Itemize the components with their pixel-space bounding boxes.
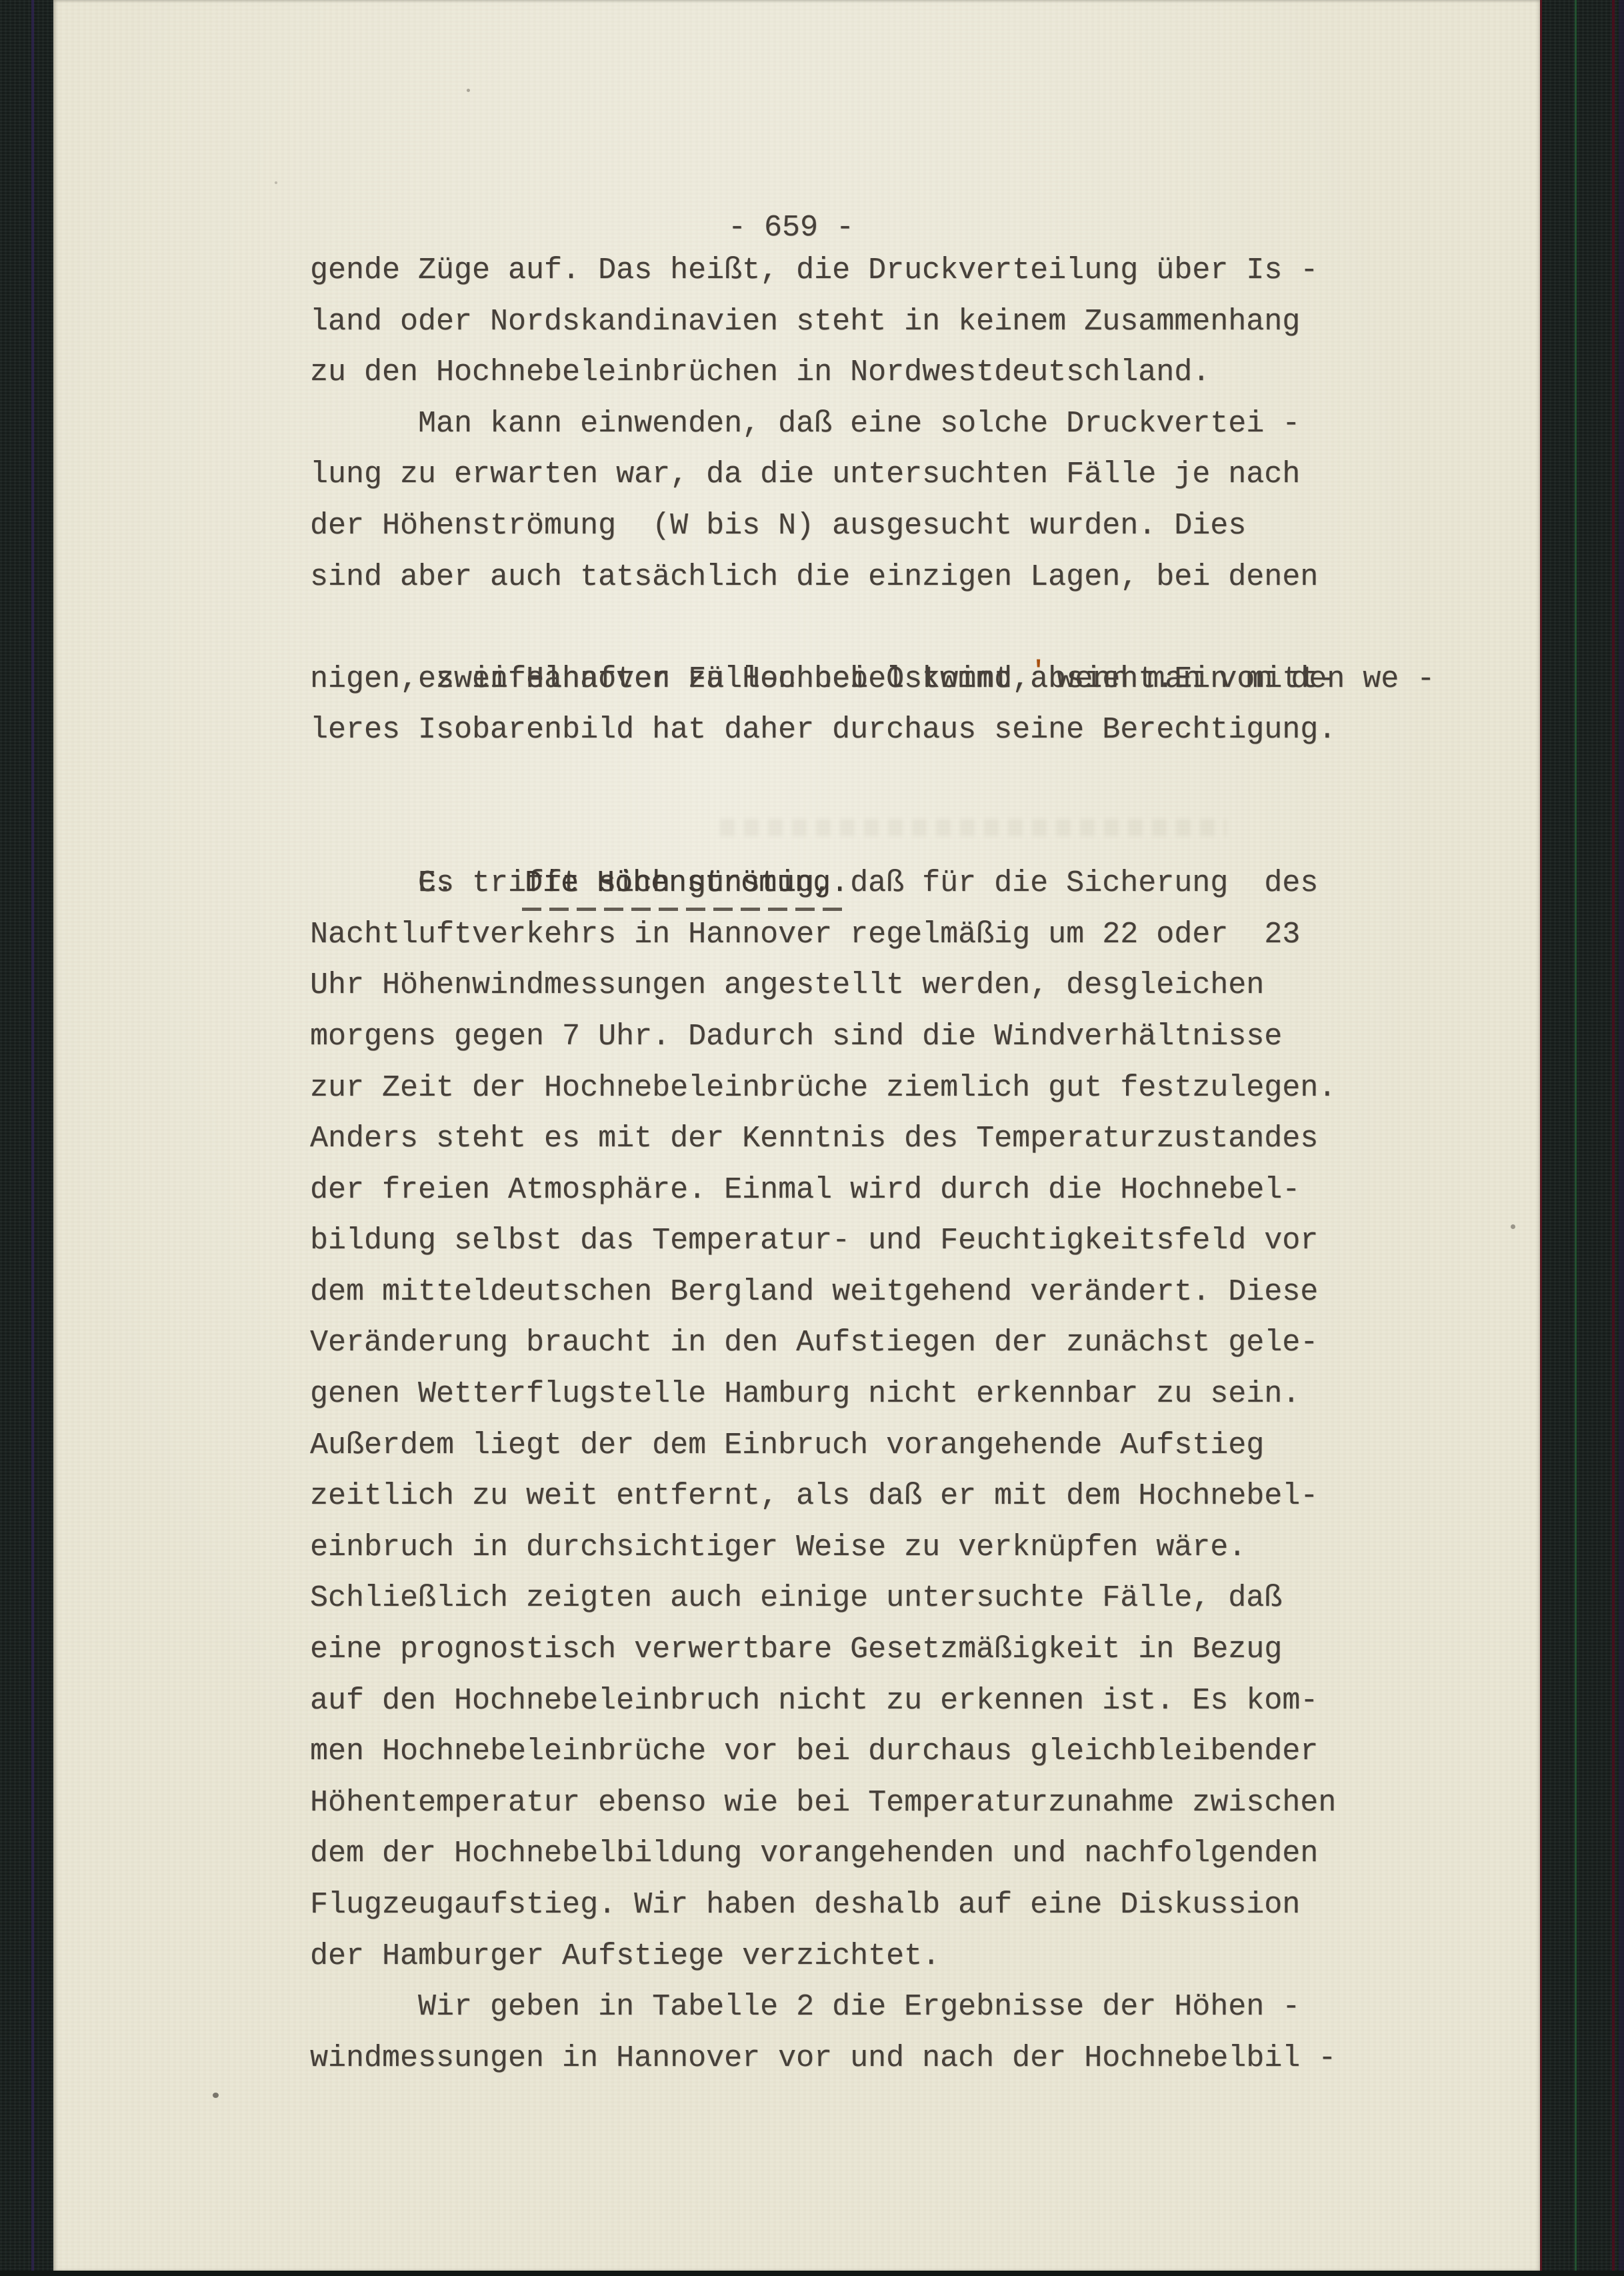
text-line: men Hochnebeleinbrüche vor bei durchaus … [310,1727,1390,1778]
text-line: Uhr Höhenwindmessungen angestellt werden… [310,960,1390,1012]
film-scratch-line [1612,0,1615,2276]
text-line: eine prognostisch verwertbare Gesetzmäßi… [310,1624,1390,1676]
text-line: dem der Hochnebelbildung vorangehenden u… [310,1829,1390,1880]
text-line: zu den Hochnebeleinbrüchen in Nordwestde… [310,347,1390,399]
text-line: Höhentemperatur ebenso wie bei Temperatu… [310,1778,1390,1829]
blank-line [310,756,1390,808]
scanned-document-page: - 659 - gende Züge auf. Das heißt, die D… [0,0,1624,2276]
red-ink-mark: ' [1031,646,1039,698]
text-line: gende Züge auf. Das heißt, die Druckvert… [310,245,1390,297]
text-line: leres Isobarenbild hat daher durchaus se… [310,705,1390,756]
text-line: land oder Nordskandinavien steht in kein… [310,297,1390,348]
text-line: genen Wetterflugstelle Hamburg nicht erk… [310,1369,1390,1420]
film-scratch-line [1540,0,1542,2276]
text-line: morgens gegen 7 Uhr. Dadurch sind die Wi… [310,1012,1390,1063]
text-line: Wir geben in Tabelle 2 die Ergebnisse de… [310,1982,1390,2033]
dust-speck [275,181,277,184]
film-border-bottom [0,2271,1624,2276]
text-line: der freien Atmosphäre. Einmal wird durch… [310,1165,1390,1216]
text-line: Nachtluftverkehrs in Hannover regelmäßig… [310,910,1390,961]
dust-speck [467,89,470,92]
text-line: lung zu erwarten war, da die untersuchte… [310,449,1390,501]
section-heading: C.Die Höhenströmung. [310,808,1390,859]
text-line: zur Zeit der Hochnebeleinbrüche ziemlich… [310,1063,1390,1114]
text-line: Man kann einwenden, daß eine solche Druc… [310,399,1390,450]
film-scratch-line [31,0,34,2276]
section-title: Die Höhenströmung. [525,858,849,910]
film-scratch-line [1619,0,1624,2276]
text-line: Außerdem liegt der dem Einbruch vorangeh… [310,1420,1390,1472]
text-line: einbruch in durchsichtiger Weise zu verk… [310,1522,1390,1574]
text-line: sind aber auch tatsächlich die einzigen … [310,552,1390,604]
body-text: gende Züge auf. Das heißt, die Druckvert… [310,245,1390,2084]
text-line: dem mitteldeutschen Bergland weitgehend … [310,1267,1390,1318]
text-line: Anders steht es mit der Kenntnis des Tem… [310,1114,1390,1165]
text-line: bildung selbst das Temperatur- und Feuch… [310,1216,1390,1267]
text-line: Flugzeugaufstieg. Wir haben deshalb auf … [310,1880,1390,1931]
text-line: zeitlich zu weit entfernt, als daß er mi… [310,1471,1390,1522]
dust-speck [213,2093,219,2098]
text-line: es in Hannover zu Hochnebel kommt,' wenn… [310,603,1390,654]
text-line: der Hamburger Aufstiege verzichtet. [310,1931,1390,1983]
text-line: der Höhenströmung (W bis N) ausgesucht w… [310,501,1390,552]
text-line: Veränderung braucht in den Aufstiegen de… [310,1318,1390,1369]
text-line: Es trifft sich günstig, daß für die Sich… [310,858,1390,910]
page-number: - 659 - [728,208,854,248]
text-line: windmessungen in Hannover vor und nach d… [310,2033,1390,2085]
film-border-left [0,0,53,2276]
dust-speck [1511,1224,1515,1229]
film-scratch-line [1575,0,1577,2276]
text-line: nigen, zweifelhaften Fällen bei Ostwind … [310,654,1390,706]
text-line: auf den Hochnebeleinbruch nicht zu erken… [310,1676,1390,1727]
text-line: Schließlich zeigten auch einige untersuc… [310,1573,1390,1624]
